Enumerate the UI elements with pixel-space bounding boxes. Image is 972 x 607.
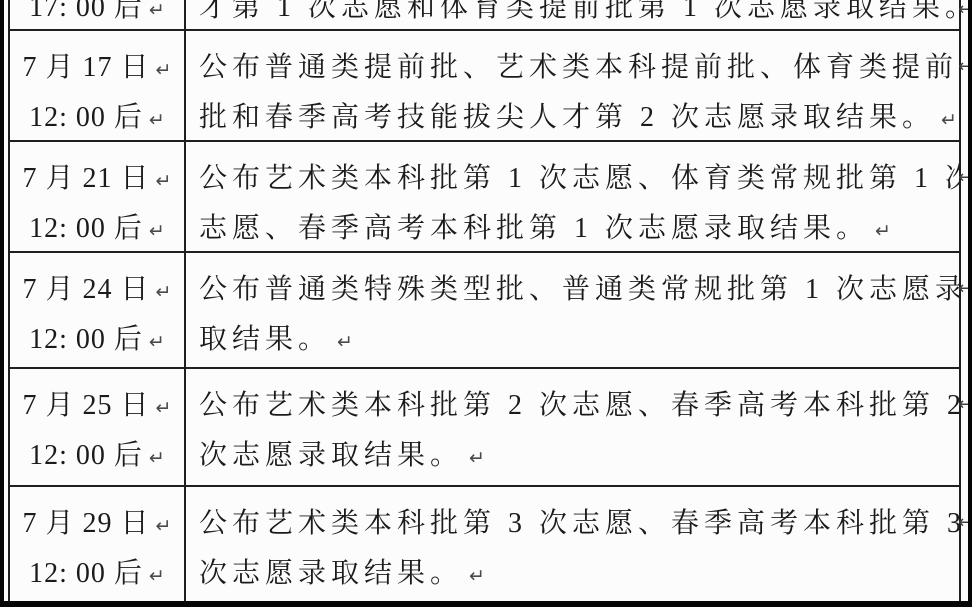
date-line: 12: 00 后↵ bbox=[10, 204, 184, 251]
paragraph-mark-icon: ↵ bbox=[156, 59, 172, 81]
date-text: 12: 00 后 bbox=[29, 440, 143, 471]
content-line: 取结果。↵ bbox=[199, 315, 959, 365]
content-line: 志愿、春季高考本科批第 1 次志愿录取结果。↵ bbox=[199, 204, 959, 251]
date-cell: 7 月 25 日↵ 12: 00 后↵ bbox=[10, 369, 186, 485]
paragraph-mark-icon: ↵ bbox=[156, 515, 172, 537]
date-text: 12: 00 后 bbox=[29, 213, 143, 244]
content-cell: 才第 1 次志愿和体育类提前批第 1 次志愿录取结果。↵ bbox=[186, 0, 959, 29]
table-row: 7 月 24 日↵ 12: 00 后↵ 公布普通类特殊类型批、普通类常规批第 1… bbox=[10, 251, 959, 367]
paragraph-mark-icon: ↵ bbox=[469, 447, 485, 469]
date-line: 12: 00 后↵ bbox=[10, 549, 184, 599]
content-cell: 公布艺术类本科批第 1 次志愿、体育类常规批第 1 次 志愿、春季高考本科批第 … bbox=[186, 142, 959, 251]
date-text: 12: 00 后 bbox=[29, 102, 143, 133]
content-text: 公布普通类特殊类型批、普通类常规批第 1 次志愿录 bbox=[199, 274, 959, 305]
date-line: 17: 00 后↵ bbox=[10, 0, 184, 27]
date-cell: 7 月 24 日↵ 12: 00 后↵ bbox=[10, 253, 186, 367]
paragraph-mark-icon: ↵ bbox=[149, 331, 165, 353]
content-line: 次志愿录取结果。↵ bbox=[199, 431, 959, 481]
date-line: 12: 00 后↵ bbox=[10, 315, 184, 365]
paragraph-mark-icon: ↵ bbox=[337, 331, 353, 353]
paragraph-mark-icon: ↵ bbox=[149, 0, 165, 21]
table-row: 17: 00 后↵ 才第 1 次志愿和体育类提前批第 1 次志愿录取结果。↵ bbox=[10, 0, 959, 29]
content-line: 公布普通类特殊类型批、普通类常规批第 1 次志愿录 bbox=[199, 265, 959, 315]
paragraph-mark-icon: ↵ bbox=[469, 565, 485, 587]
letterbox-bar-right bbox=[968, 0, 972, 607]
content-line: 公布艺术类本科批第 1 次志愿、体育类常规批第 1 次 bbox=[199, 154, 959, 204]
date-cell: 7 月 21 日↵ 12: 00 后↵ bbox=[10, 142, 186, 251]
date-cell: 7 月 17 日↵ 12: 00 后↵ bbox=[10, 31, 186, 140]
date-line: 12: 00 后↵ bbox=[10, 431, 184, 481]
content-line: 公布普通类提前批、艺术类本科提前批、体育类提前 bbox=[199, 43, 958, 93]
table-row: 7 月 25 日↵ 12: 00 后↵ 公布艺术类本科批第 2 次志愿、春季高考… bbox=[10, 367, 959, 485]
letterbox-bar-bottom bbox=[0, 601, 972, 607]
date-line: 7 月 24 日↵ bbox=[10, 265, 184, 315]
content-text: 取结果。 bbox=[199, 324, 331, 355]
date-text: 7 月 17 日 bbox=[23, 52, 150, 83]
paragraph-mark-icon: ↵ bbox=[156, 170, 172, 192]
paragraph-mark-icon: ↵ bbox=[149, 220, 165, 242]
paragraph-mark-icon: ↵ bbox=[149, 109, 165, 131]
content-text: 公布艺术类本科批第 3 次志愿、春季高考本科批第 3 bbox=[199, 508, 959, 539]
date-text: 7 月 29 日 bbox=[23, 508, 150, 539]
date-text: 17: 00 后 bbox=[29, 0, 143, 23]
paragraph-mark-icon: ↵ bbox=[149, 565, 165, 587]
content-line: 公布艺术类本科批第 2 次志愿、春季高考本科批第 2 bbox=[199, 381, 959, 431]
schedule-table: 17: 00 后↵ 才第 1 次志愿和体育类提前批第 1 次志愿录取结果。↵ 7… bbox=[8, 0, 961, 601]
content-line: 公布艺术类本科批第 3 次志愿、春季高考本科批第 3 bbox=[199, 499, 959, 549]
content-text: 公布普通类提前批、艺术类本科提前批、体育类提前 bbox=[199, 52, 958, 83]
content-cell: 公布普通类提前批、艺术类本科提前批、体育类提前 批和春季高考技能拔尖人才第 2 … bbox=[186, 31, 959, 140]
date-line: 7 月 21 日↵ bbox=[10, 154, 184, 204]
table-row: 7 月 17 日↵ 12: 00 后↵ 公布普通类提前批、艺术类本科提前批、体育… bbox=[10, 29, 959, 140]
date-text: 7 月 25 日 bbox=[23, 390, 150, 421]
paragraph-mark-icon: ↵ bbox=[156, 281, 172, 303]
date-text: 7 月 24 日 bbox=[23, 274, 150, 305]
date-text: 12: 00 后 bbox=[29, 324, 143, 355]
date-cell: 7 月 29 日↵ 12: 00 后↵ bbox=[10, 487, 186, 601]
date-line: 7 月 17 日↵ bbox=[10, 43, 184, 93]
content-text: 批和春季高考技能拔尖人才第 2 次志愿录取结果。 bbox=[199, 102, 935, 133]
content-text: 次志愿录取结果。 bbox=[199, 558, 463, 589]
content-text: 才第 1 次志愿和体育类提前批第 1 次志愿录取结果。 bbox=[199, 0, 959, 23]
content-text: 志愿、春季高考本科批第 1 次志愿录取结果。 bbox=[199, 213, 869, 244]
content-text: 公布艺术类本科批第 2 次志愿、春季高考本科批第 2 bbox=[199, 390, 959, 421]
content-line: 才第 1 次志愿和体育类提前批第 1 次志愿录取结果。↵ bbox=[199, 0, 959, 27]
content-cell: 公布艺术类本科批第 2 次志愿、春季高考本科批第 2 次志愿录取结果。↵ bbox=[186, 369, 959, 485]
table-row: 7 月 21 日↵ 12: 00 后↵ 公布艺术类本科批第 1 次志愿、体育类常… bbox=[10, 140, 959, 251]
paragraph-mark-icon: ↵ bbox=[875, 220, 891, 242]
document-page: 17: 00 后↵ 才第 1 次志愿和体育类提前批第 1 次志愿录取结果。↵ 7… bbox=[0, 0, 972, 607]
paragraph-mark-icon: ↵ bbox=[149, 447, 165, 469]
letterbox-bar-left bbox=[0, 0, 4, 607]
date-cell: 17: 00 后↵ bbox=[10, 0, 186, 29]
date-line: 7 月 29 日↵ bbox=[10, 499, 184, 549]
content-cell: 公布普通类特殊类型批、普通类常规批第 1 次志愿录 取结果。↵ bbox=[186, 253, 959, 367]
content-cell: 公布艺术类本科批第 3 次志愿、春季高考本科批第 3 次志愿录取结果。↵ bbox=[186, 487, 959, 601]
content-text: 次志愿录取结果。 bbox=[199, 440, 463, 471]
paragraph-mark-icon: ↵ bbox=[156, 397, 172, 419]
content-text: 公布艺术类本科批第 1 次志愿、体育类常规批第 1 次 bbox=[199, 163, 959, 194]
content-line: 次志愿录取结果。↵ bbox=[199, 549, 959, 599]
date-text: 12: 00 后 bbox=[29, 558, 143, 589]
date-line: 7 月 25 日↵ bbox=[10, 381, 184, 431]
date-text: 7 月 21 日 bbox=[23, 163, 150, 194]
content-line: 批和春季高考技能拔尖人才第 2 次志愿录取结果。↵ bbox=[199, 93, 958, 140]
date-line: 12: 00 后↵ bbox=[10, 93, 184, 140]
table-row: 7 月 29 日↵ 12: 00 后↵ 公布艺术类本科批第 3 次志愿、春季高考… bbox=[10, 485, 959, 601]
paragraph-mark-icon: ↵ bbox=[941, 109, 957, 131]
